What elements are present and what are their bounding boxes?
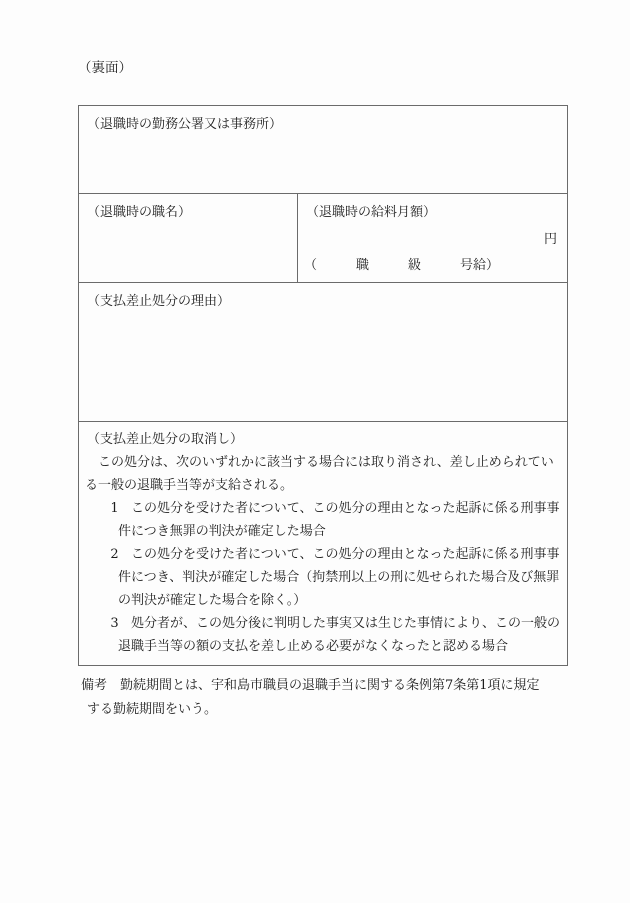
- item-text: 処分者が、この処分後に判明した事実又は生じた事情により、この一般の 退職手当等の…: [118, 616, 560, 654]
- cancellation-item-1: 1この処分を受けた者について、この処分の理由となった起訴に係る刑事事 件につき無…: [85, 497, 565, 543]
- salary-label: （退職時の給料月額）: [298, 194, 567, 224]
- title-salary-row: （退職時の職名） （退職時の給料月額） 円 （ 職 級 号給）: [79, 193, 567, 282]
- office-label: （退職時の勤務公署又は事務所）: [79, 106, 567, 136]
- item-number: 2: [98, 543, 131, 566]
- page-side-label: （裏面）: [78, 57, 132, 80]
- item-number: 1: [98, 497, 131, 520]
- cancellation-heading: （支払差止処分の取消し）: [85, 428, 565, 451]
- cancellation-item-2: 2この処分を受けた者について、この処分の理由となった起訴に係る刑事事 件につき、…: [85, 543, 565, 612]
- job-title-label: （退職時の職名）: [79, 194, 297, 224]
- cancellation-item-3: 3処分者が、この処分後に判明した事実又は生じた事情により、この一般の 退職手当等…: [85, 612, 565, 658]
- cancellation-intro: この処分は、次のいずれかに該当する場合には取り消され、差し止められてい る一般の…: [85, 451, 565, 497]
- cancellation-row: （支払差止処分の取消し） この処分は、次のいずれかに該当する場合には取り消され、…: [79, 421, 567, 665]
- salary-cell: （退職時の給料月額） 円 （ 職 級 号給）: [298, 194, 567, 282]
- item-number: 3: [98, 612, 131, 635]
- reason-row: （支払差止処分の理由）: [79, 282, 567, 421]
- job-title-cell: （退職時の職名）: [79, 194, 298, 282]
- office-row: （退職時の勤務公署又は事務所）: [79, 106, 567, 193]
- retirement-allowance-form-table: （退職時の勤務公署又は事務所） （退職時の職名） （退職時の給料月額） 円 （ …: [78, 105, 568, 666]
- item-text: この処分を受けた者について、この処分の理由となった起訴に係る刑事事 件につき無罪…: [118, 501, 559, 539]
- reason-label: （支払差止処分の理由）: [79, 283, 567, 313]
- salary-grade-line: （ 職 級 号給）: [298, 254, 567, 282]
- item-text: この処分を受けた者について、この処分の理由となった起訴に係る刑事事 件につき、判…: [118, 547, 559, 608]
- document-page: （裏面） （退職時の勤務公署又は事務所） （退職時の職名） （退職時の給料月額）…: [0, 0, 630, 903]
- remarks-note: 備考 勤続期間とは、宇和島市職員の退職手当に関する条例第7条第1項に規定 する勤…: [81, 674, 587, 721]
- salary-unit-label: 円: [298, 228, 567, 251]
